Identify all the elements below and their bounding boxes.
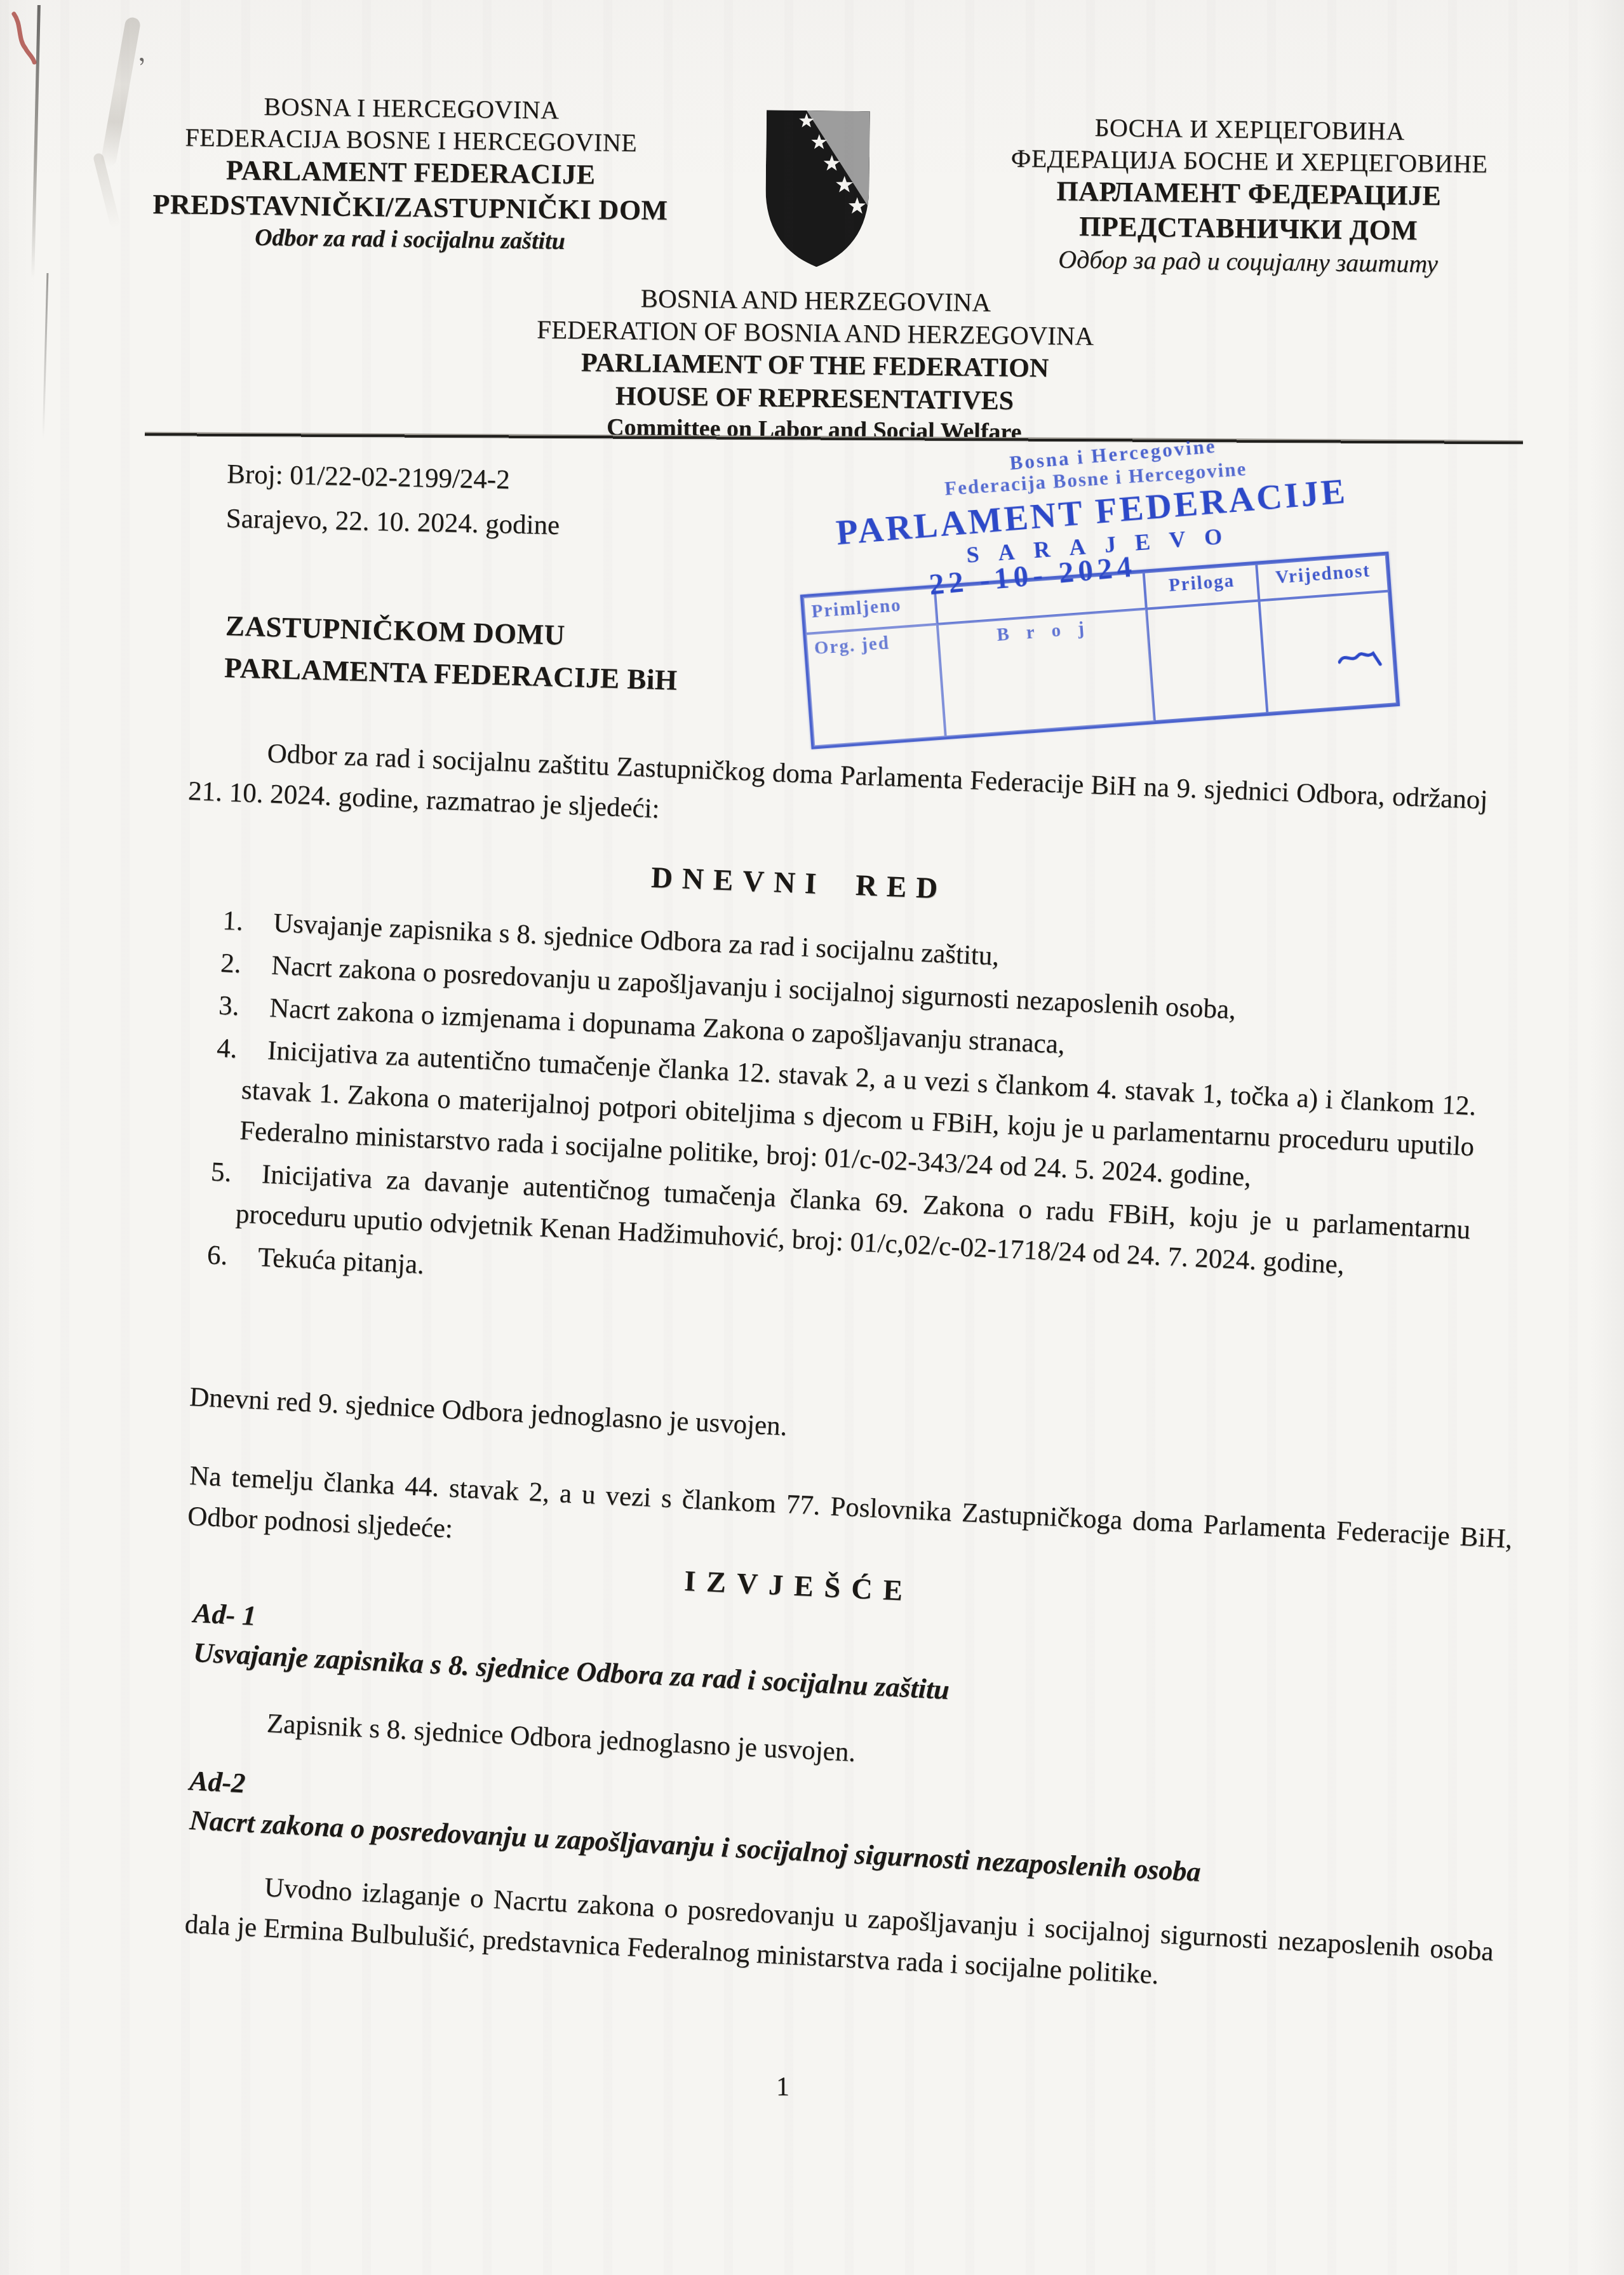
document-number: Broj: 01/22-02-2199/24-2 (227, 452, 561, 504)
agenda-item-number: 2. (220, 943, 242, 984)
agenda-item-number: 6. (206, 1235, 229, 1276)
document-meta: Broj: 01/22-02-2199/24-2 Sarajevo, 22. 1… (225, 452, 561, 548)
agenda-item-number: 3. (218, 986, 240, 1027)
agenda-item-number: 4. (216, 1028, 238, 1070)
agenda-list: 1.Usvajanje zapisnika s 8. sjednice Odbo… (206, 901, 1483, 1336)
scanned-document-page: ’ BOSNA I HERCEGOVINA FEDERACIJA BOSNE I… (0, 0, 1624, 2275)
stamp-table: Primljeno Priloga Vrijednost Org. jed B … (800, 551, 1400, 749)
letterhead-english-block: BOSNIA AND HERZEGOVINA FEDERATION OF BOS… (462, 280, 1169, 449)
stamp-org-unit-label: Org. jed (805, 624, 945, 747)
coat-of-arms (758, 104, 877, 273)
document-date: Sarajevo, 22. 10. 2024. godine (225, 497, 560, 548)
addressee-block: ZASTUPNIČKOM DOMU PARLAMENTA FEDERACIJE … (224, 605, 679, 701)
section-ad2-label: Ad-2 (189, 1761, 246, 1804)
letterhead-bosnian-block: BOSNA I HERCEGOVINA FEDERACIJA BOSNE I H… (102, 89, 720, 258)
stamp-empty-cell (1146, 601, 1268, 722)
agenda-item-text: Tekuća pitanja. (257, 1242, 425, 1280)
stamp-number-label: B r o j (937, 609, 1155, 737)
agenda-item-number: 1. (222, 901, 244, 942)
letterhead-cyrillic-block: БОСНА И ХЕРЦЕГОВИНА ФЕДЕРАЦИЈА БОСНЕ И Х… (905, 109, 1593, 281)
page-number: 1 (776, 2072, 789, 2102)
receipt-stamp: Bosna i Hercegovine Federacija Bosne i H… (791, 424, 1404, 749)
pen-squiggle (1337, 645, 1383, 671)
letterhead: BOSNA I HERCEGOVINA FEDERACIJA BOSNE I H… (0, 0, 1624, 464)
section-ad1-label: Ad- 1 (192, 1593, 257, 1637)
intro-paragraph: Odbor za rad i socijalnu zaštitu Zastupn… (187, 730, 1488, 861)
agenda-item-number: 5. (210, 1152, 232, 1193)
